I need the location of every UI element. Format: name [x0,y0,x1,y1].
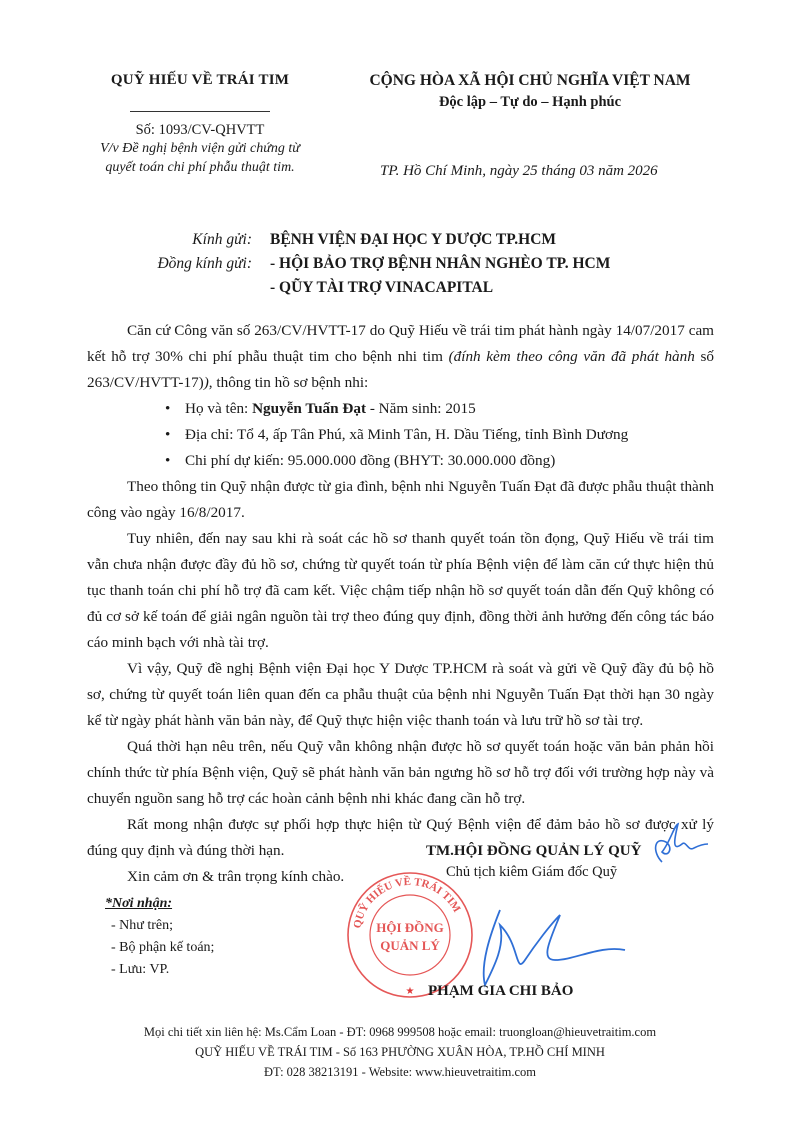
bullet-icon: • [165,448,170,474]
footer-contact-line: Mọi chi tiết xin liên hệ: Ms.Cẩm Loan - … [0,1022,800,1042]
document-subject-line-1: V/v Đề nghị bệnh viện gửi chứng từ [80,139,320,158]
header-divider [130,111,270,112]
sender-header: QUỸ HIẾU VỀ TRÁI TIM Số: 1093/CV-QHVTT V… [80,72,320,177]
body-paragraph: Theo thông tin Quỹ nhận được từ gia đình… [87,474,714,526]
letter-body: Căn cứ Công văn số 263/CV/HVTT-17 do Quỹ… [87,318,714,890]
recipients-block: Kính gửi: BỆNH VIỆN ĐẠI HỌC Y DƯỢC TP.HC… [100,228,610,300]
receivers-block: *Nơi nhận: - Như trên; - Bộ phận kế toán… [105,893,214,981]
bullet-icon: • [165,396,170,422]
document-number: Số: 1093/CV-QHVTT [80,122,320,139]
signature-scribble-icon [470,905,630,995]
place-date: TP. Hồ Chí Minh, ngày 25 tháng 03 năm 20… [380,163,658,180]
contact-footer: Mọi chi tiết xin liên hệ: Ms.Cẩm Loan - … [0,1022,800,1082]
cc-recipient: - QŨY TÀI TRỢ VINACAPITAL [270,276,493,300]
list-item: •Họ và tên: Nguyễn Tuấn Đạt - Năm sinh: … [165,396,714,422]
receivers-heading: *Nơi nhận: [105,896,172,911]
patient-cost: Chi phí dự kiến: 95.000.000 đồng (BHYT: … [185,452,555,469]
to-recipient: BỆNH VIỆN ĐẠI HỌC Y DƯỢC TP.HCM [270,228,556,252]
intro-paragraph: Căn cứ Công văn số 263/CV/HVTT-17 do Quỹ… [87,318,714,396]
national-motto: Độc lập – Tự do – Hạnh phúc [360,94,700,111]
body-paragraph: Quá thời hạn nêu trên, nếu Quỹ vẫn không… [87,734,714,812]
footer-phone-website-line: ĐT: 028 38213191 - Website: www.hieuvetr… [0,1062,800,1082]
svg-text:HỘI ĐỒNG: HỘI ĐỒNG [376,920,444,935]
receiver-item: - Như trên; [105,915,214,937]
list-item: •Địa chỉ: Tổ 4, ấp Tân Phú, xã Minh Tân,… [165,422,714,448]
national-header: CỘNG HÒA XÃ HỘI CHỦ NGHĨA VIỆT NAM Độc l… [360,72,700,111]
signer-name: PHẠM GIA CHI BẢO [428,983,573,1000]
initials-scribble-icon [648,822,708,867]
receiver-item: - Lưu: VP. [105,959,214,981]
list-item: •Chi phí dự kiến: 95.000.000 đồng (BHYT:… [165,448,714,474]
footer-address-line: QUỸ HIẾU VỀ TRÁI TIM - Số 163 PHƯỜNG XUÂ… [0,1042,800,1062]
to-label: Kính gửi: [100,228,270,252]
cc-label: Đồng kính gửi: [100,252,270,276]
organization-name: QUỸ HIẾU VỀ TRÁI TIM [80,72,320,89]
patient-info-list: •Họ và tên: Nguyễn Tuấn Đạt - Năm sinh: … [87,396,714,474]
cc-recipient: - HỘI BẢO TRỢ BỆNH NHÂN NGHÈO TP. HCM [270,252,610,276]
body-paragraph: Vì vậy, Quỹ đề nghị Bệnh viện Đại học Y … [87,656,714,734]
document-subject-line-2: quyết toán chi phí phẫu thuật tim. [80,158,320,177]
nation-title: CỘNG HÒA XÃ HỘI CHỦ NGHĨA VIỆT NAM [360,72,700,90]
patient-name: Nguyễn Tuấn Đạt [252,400,366,417]
svg-text:★: ★ [406,986,415,997]
patient-address: Địa chỉ: Tổ 4, ấp Tân Phú, xã Minh Tân, … [185,426,628,443]
bullet-icon: • [165,422,170,448]
svg-text:QUẢN LÝ: QUẢN LÝ [380,938,440,953]
official-seal-icon: QUỸ HIẾU VỀ TRÁI TIM HỘI ĐỒNG QUẢN LÝ ★ [345,870,475,1000]
body-paragraph: Tuy nhiên, đến nay sau khi rà soát các h… [87,526,714,656]
receiver-item: - Bộ phận kế toán; [105,937,214,959]
